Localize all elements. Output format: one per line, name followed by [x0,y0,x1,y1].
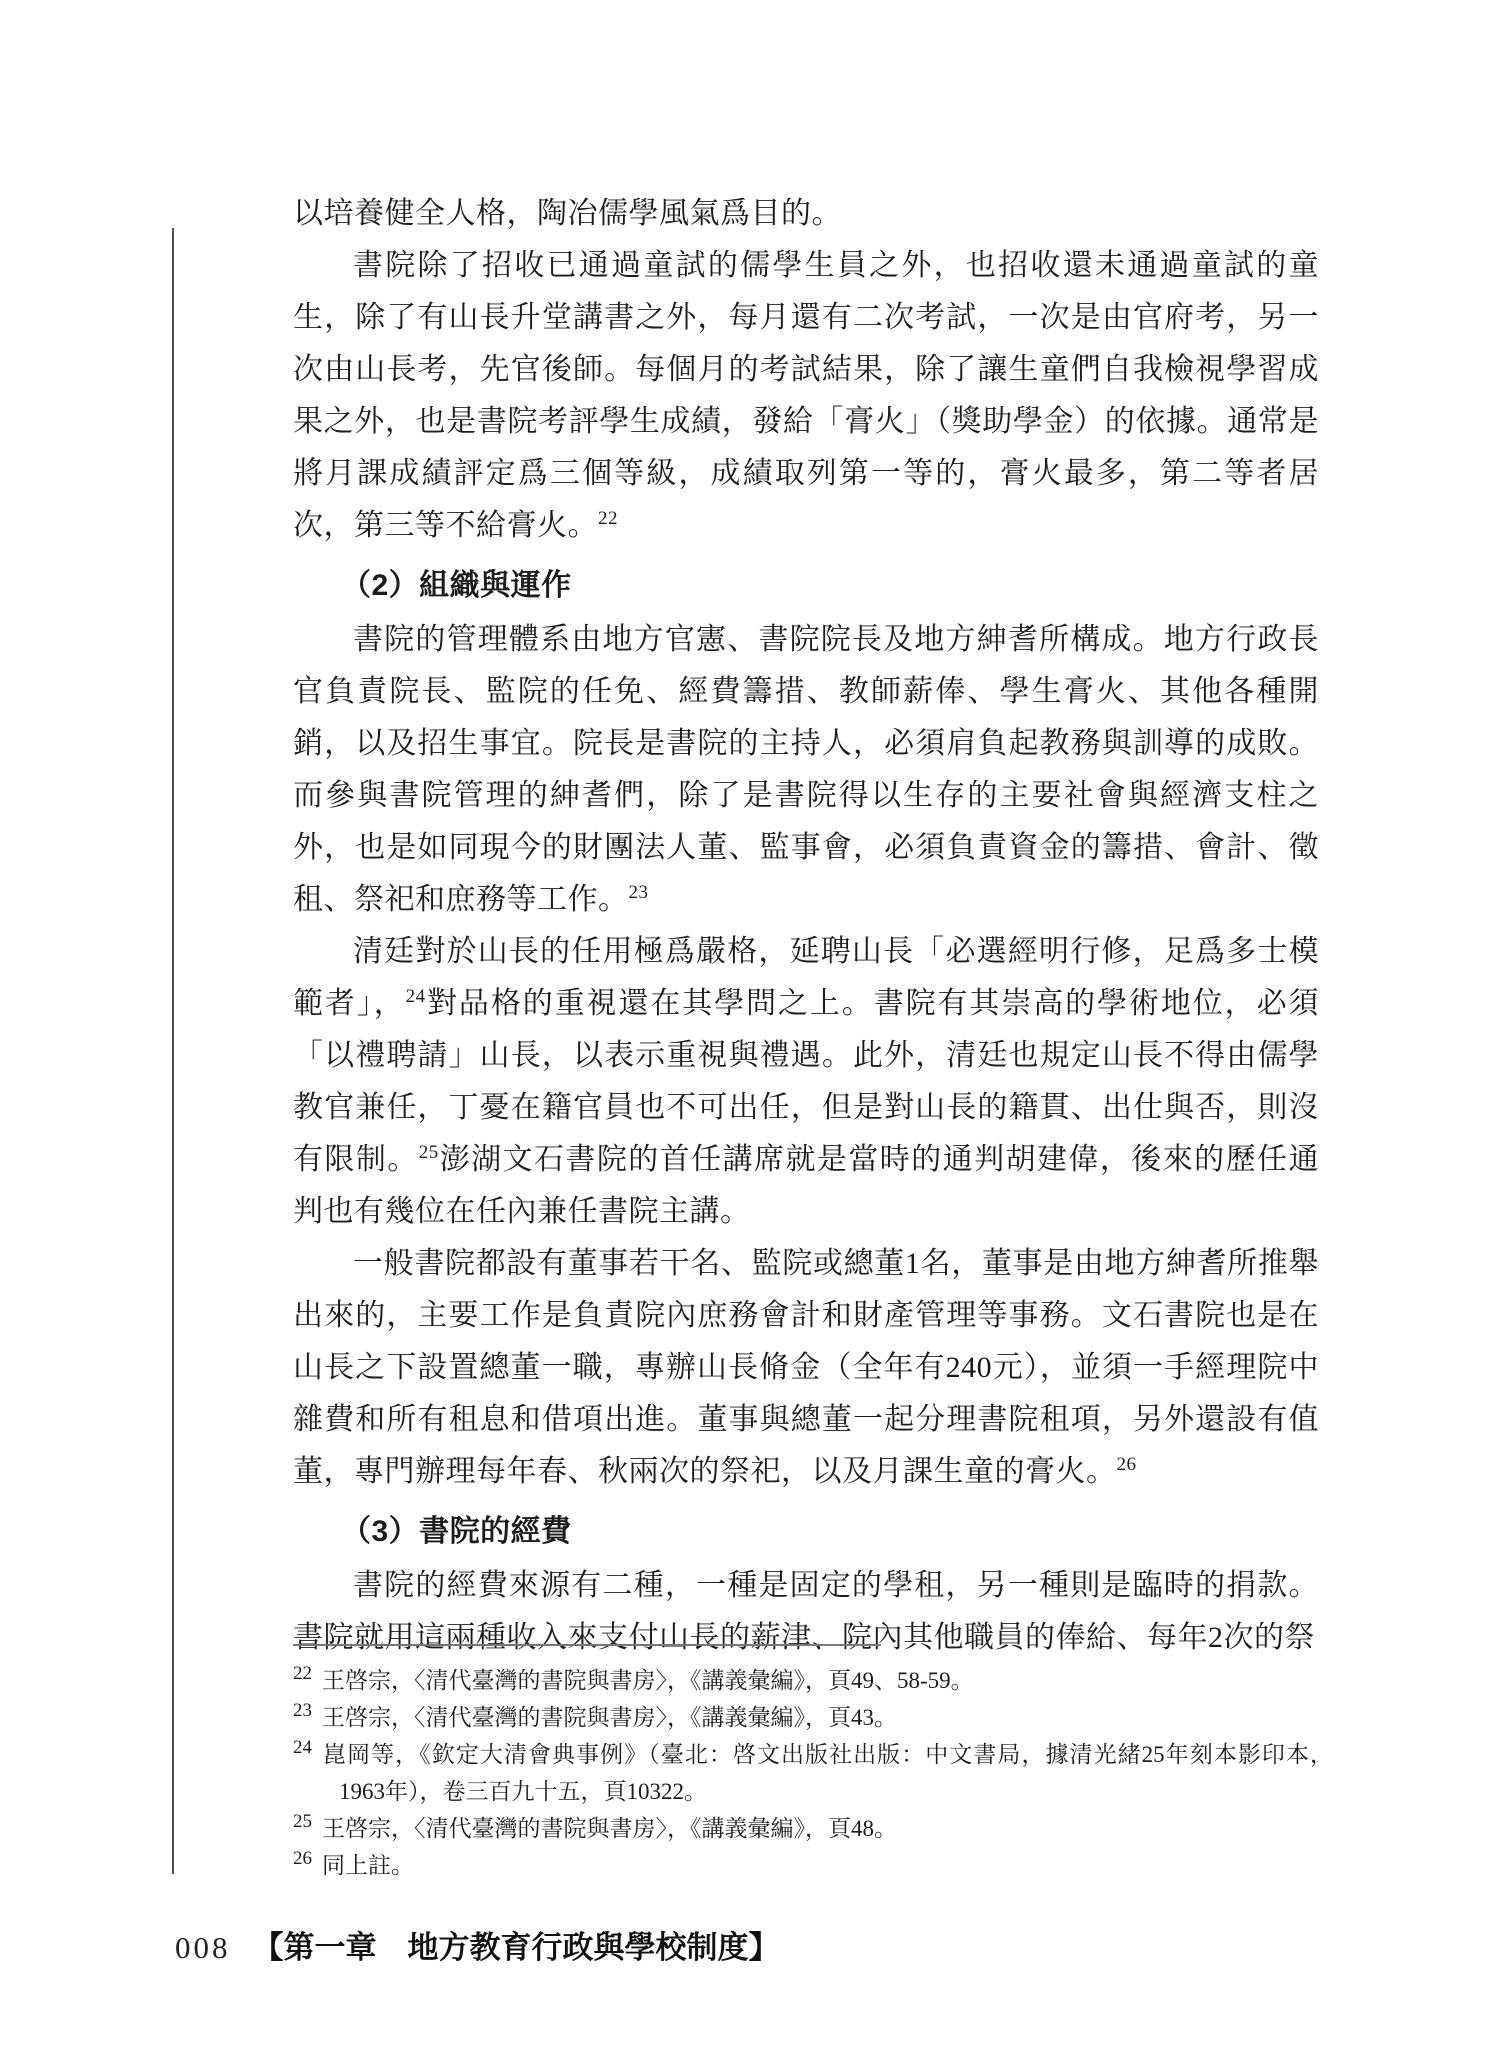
section-heading: （2）組織與運作 [293,560,1319,612]
footnote-ref: 26 [1117,1454,1137,1475]
footnotes: 22王啓宗，〈清代臺灣的書院與書房〉，《講義彙編》，頁49、58-59。23王啓… [293,1662,1333,1884]
footnote-number: 26 [293,1848,312,1869]
book-page: 以培養健全人格，陶冶儒學風氣爲目的。書院除了招收已通過童試的儒學生員之外，也招收… [0,0,1500,2052]
paragraph: 書院除了招收已通過童試的儒學生員之外，也招收還未通過童試的童生，除了有山長升堂講… [293,240,1319,552]
footnote: 23王啓宗，〈清代臺灣的書院與書房〉，《講義彙編》，頁43。 [293,1699,1333,1736]
footnote-number: 24 [293,1737,312,1758]
footnote: 24崑岡等，《欽定大清會典事例》（臺北：啓文出版社出版：中文書局，據清光緒25年… [293,1736,1333,1810]
body-text: 以培養健全人格，陶冶儒學風氣爲目的。書院除了招收已通過童試的儒學生員之外，也招收… [293,188,1319,1664]
footnote-text: 王啓宗，〈清代臺灣的書院與書房〉，《講義彙編》，頁48。 [322,1816,897,1841]
footnote: 26同上註。 [293,1847,1333,1884]
paragraph: 以培養健全人格，陶冶儒學風氣爲目的。 [293,188,1319,240]
footnote: 25王啓宗，〈清代臺灣的書院與書房〉，《講義彙編》，頁48。 [293,1810,1333,1847]
footnote-ref: 24 [406,986,426,1007]
paragraph: 書院的經費來源有二種，一種是固定的學租，另一種則是臨時的捐款。書院就用這兩種收入… [293,1560,1319,1664]
footnote-ref: 23 [629,882,649,903]
footnote-separator [293,1644,881,1646]
footnote-ref: 22 [598,508,618,529]
footnote-number: 25 [293,1811,312,1832]
section-heading: （3）書院的經費 [293,1506,1319,1558]
chapter-title: 【第一章 地方教育行政與學校制度】 [253,1930,780,1965]
footnote-text: 同上註。 [322,1853,414,1878]
footnote-text: 王啓宗，〈清代臺灣的書院與書房〉，《講義彙編》，頁49、58-59。 [322,1668,974,1693]
footnote-ref: 25 [419,1142,439,1163]
left-margin-rule [172,228,174,1874]
page-footer: 008【第一章 地方教育行政與學校制度】 [175,1928,780,1968]
footnote-number: 23 [293,1700,312,1721]
footnote-text: 王啓宗，〈清代臺灣的書院與書房〉，《講義彙編》，頁43。 [322,1705,897,1730]
paragraph: 書院的管理體系由地方官憲、書院院長及地方紳耆所構成。地方行政長官負責院長、監院的… [293,614,1319,926]
footnote-number: 22 [293,1663,312,1684]
paragraph: 清廷對於山長的任用極爲嚴格，延聘山長「必選經明行修，足爲多士模範者」，24對品格… [293,926,1319,1238]
page-number: 008 [175,1930,231,1965]
footnote: 22王啓宗，〈清代臺灣的書院與書房〉，《講義彙編》，頁49、58-59。 [293,1662,1333,1699]
footnote-text: 崑岡等，《欽定大清會典事例》（臺北：啓文出版社出版：中文書局，據清光緒25年刻本… [322,1742,1333,1804]
paragraph: 一般書院都設有董事若干名、監院或總董1名，董事是由地方紳耆所推舉出來的，主要工作… [293,1238,1319,1498]
